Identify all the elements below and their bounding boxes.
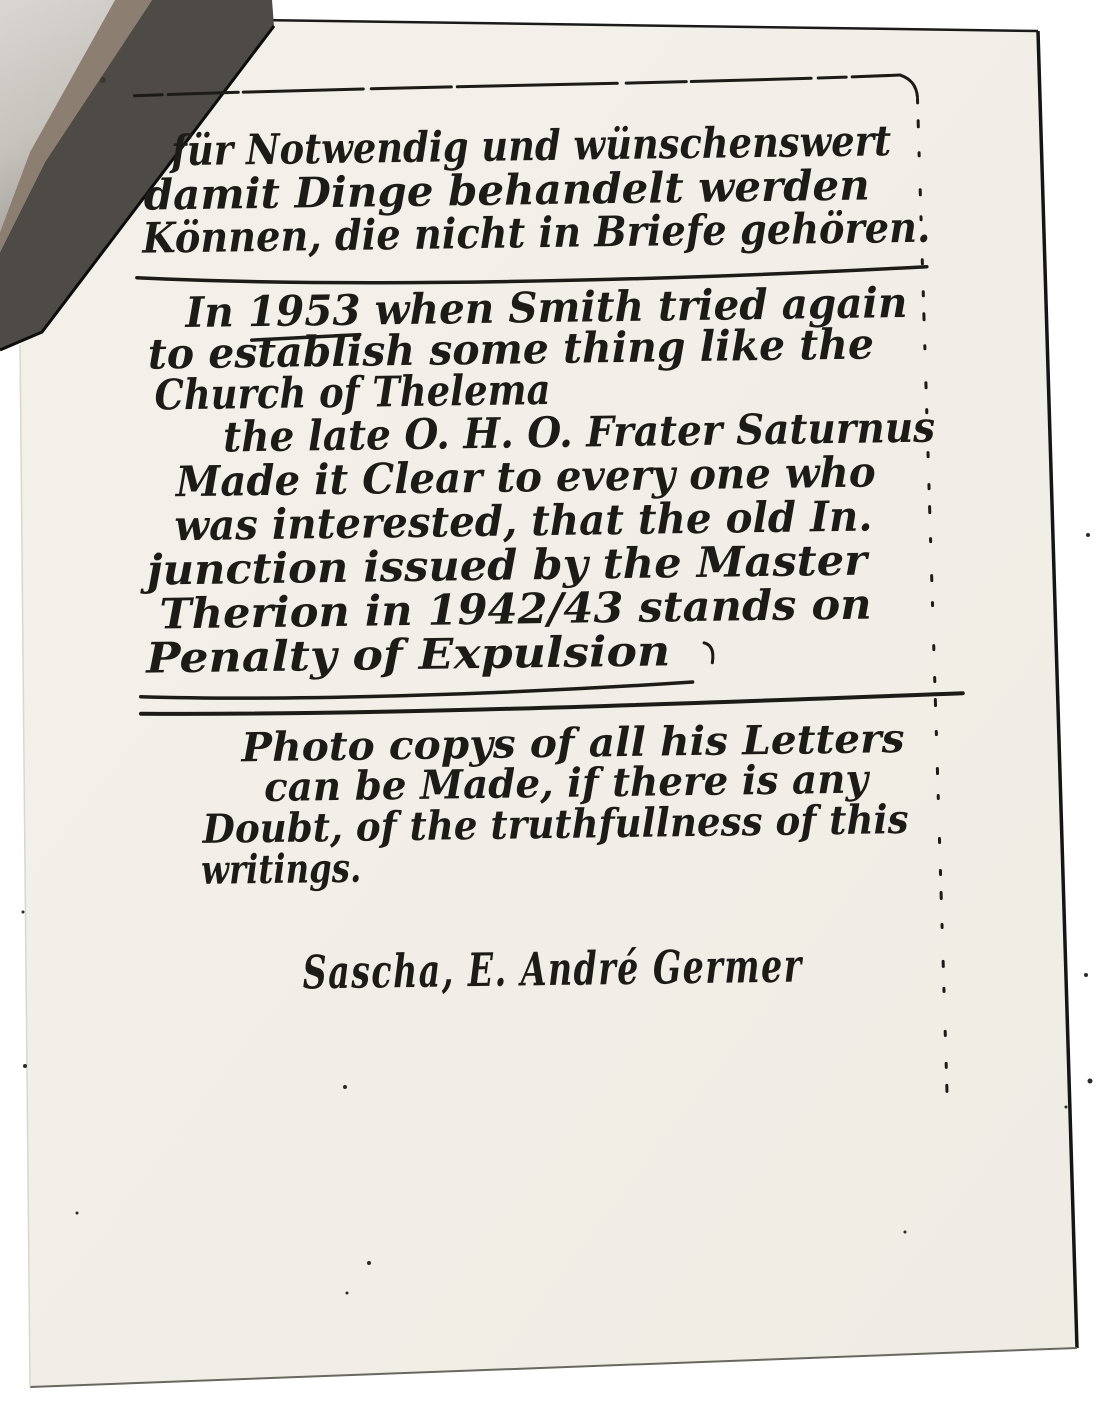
scanned-letter-page: für Notwendig und wünschenswert damit Di… <box>0 0 1097 1409</box>
photocopy-line-4: writings. <box>201 845 362 894</box>
photocopy-line-3: Doubt, of the truthfullness of this <box>201 796 909 853</box>
scan-image: für Notwendig und wünschenswert damit Di… <box>0 0 1097 1409</box>
injunction-line-6: Penalty of Expulsion <box>145 626 671 682</box>
signature-line: Sascha, E. André Germer <box>302 938 804 999</box>
scan-corner-speck <box>100 77 106 83</box>
